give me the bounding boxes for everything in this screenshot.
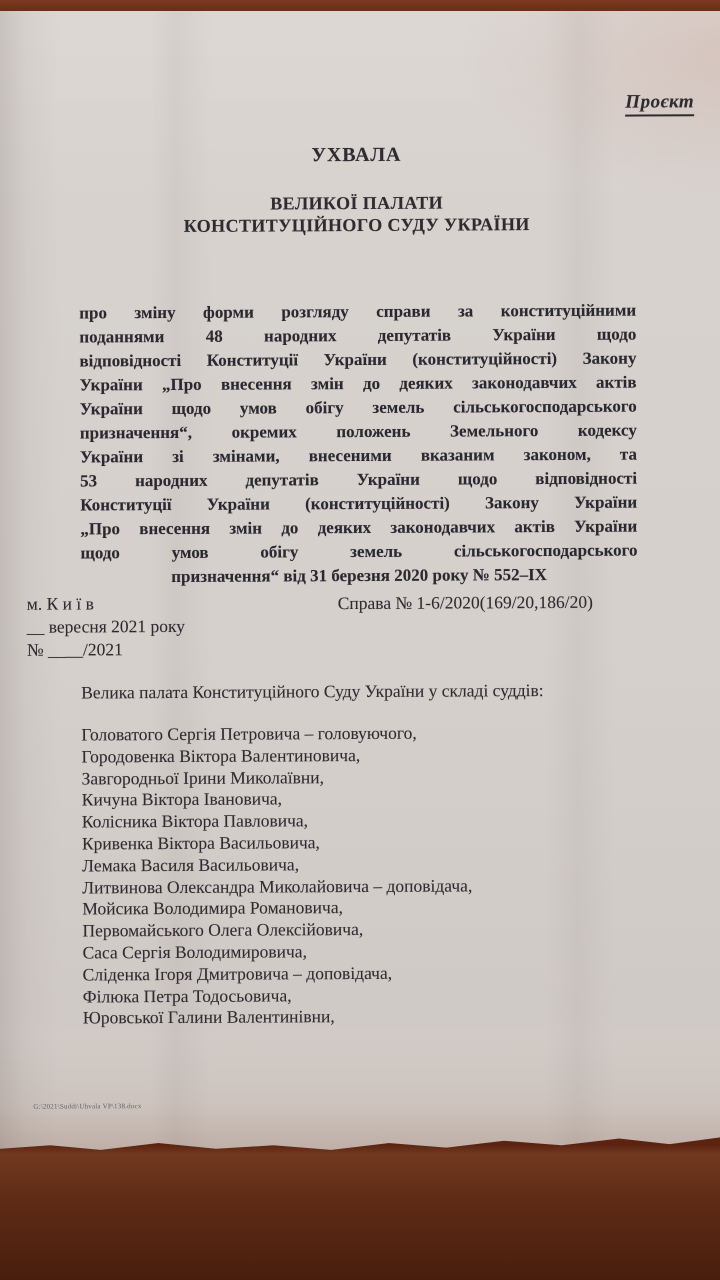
issuing-body-line2: КОНСТИТУЦІЙНОГО СУДУ УКРАЇНИ: [79, 213, 635, 238]
subject-line: призначення“, окремих положень Земельног…: [80, 419, 637, 446]
page-content: Проєкт УХВАЛА ВЕЛИКОЇ ПАЛАТИ КОНСТИТУЦІЙ…: [0, 9, 720, 1153]
judge-item: Кичуна Віктора Івановича,: [82, 787, 662, 812]
draft-label: Проєкт: [625, 91, 694, 116]
subject-last-line: призначення“ від 31 березня 2020 року № …: [81, 563, 638, 590]
subject-line: щодо умов обігу земель сільськогосподарс…: [80, 539, 637, 566]
judge-item: Головатого Сергія Петровича – головуючог…: [81, 721, 661, 746]
document-title: УХВАЛА: [78, 143, 634, 169]
judges-list: Головатого Сергія Петровича – головуючог…: [81, 721, 663, 1029]
document-page: Проєкт УХВАЛА ВЕЛИКОЇ ПАЛАТИ КОНСТИТУЦІЙ…: [0, 11, 720, 1151]
judge-item: Завгородньої Ірини Миколаївни,: [82, 765, 662, 790]
subject-line: України „Про внесення змін до деяких зак…: [80, 371, 637, 398]
issuing-body-line1: ВЕЛИКОЇ ПАЛАТИ: [79, 191, 635, 216]
subject-line: „Про внесення змін до деяких законодавчи…: [80, 515, 637, 542]
photo-background: Проєкт УХВАЛА ВЕЛИКОЇ ПАЛАТИ КОНСТИТУЦІЙ…: [0, 0, 720, 1280]
judge-item: Лемака Василя Васильовича,: [82, 852, 662, 877]
judge-item: Мойсика Володимира Романовича,: [82, 896, 662, 921]
decision-number-blank: № ____/2021: [27, 639, 123, 661]
date-blank-line: __ вересня 2021 року: [27, 616, 185, 638]
judge-item: Первомайського Олега Олексійовича,: [82, 918, 662, 943]
case-number: Справа № 1-6/2020(169/20,186/20): [338, 592, 593, 614]
judge-item: Литвинова Олександра Миколайовича – допо…: [82, 874, 662, 899]
judge-item: Юровської Галини Валентинівни,: [83, 1005, 663, 1030]
subject-paragraph: про зміну форми розгляду справи за конст…: [79, 299, 637, 566]
judge-item: Сліденка Ігоря Дмитровича – доповідача,: [83, 961, 663, 986]
subject-line: України щодо умов обігу земель сільськог…: [80, 395, 637, 422]
judge-item: Філюка Петра Тодосьовича,: [83, 983, 663, 1008]
judge-item: Саса Сергія Володимировича,: [82, 939, 662, 964]
file-path-footer: G:\2021\Suddi\Uhvala VP\138.docx: [33, 1102, 141, 1111]
subject-line: поданнями 48 народних депутатів України …: [79, 323, 636, 350]
subject-line: відповідності Конституції України (конст…: [79, 347, 636, 374]
judge-item: Городовенка Віктора Валентиновича,: [81, 743, 661, 768]
subject-line: Конституції України (конституційності) З…: [80, 491, 637, 518]
issuing-body: ВЕЛИКОЇ ПАЛАТИ КОНСТИТУЦІЙНОГО СУДУ УКРА…: [79, 191, 635, 238]
judge-item: Колісника Віктора Павловича,: [82, 809, 662, 834]
subject-line: про зміну форми розгляду справи за конст…: [79, 299, 636, 326]
subject-line: 53 народних депутатів України щодо відпо…: [80, 467, 637, 494]
judge-item: Кривенка Віктора Васильовича,: [82, 830, 662, 855]
composition-intro: Велика палата Конституційного Суду Украї…: [81, 680, 544, 703]
place-label: м. К и ї в: [27, 593, 94, 614]
subject-line: України зі змінами, внесеними вказаним з…: [80, 443, 637, 470]
